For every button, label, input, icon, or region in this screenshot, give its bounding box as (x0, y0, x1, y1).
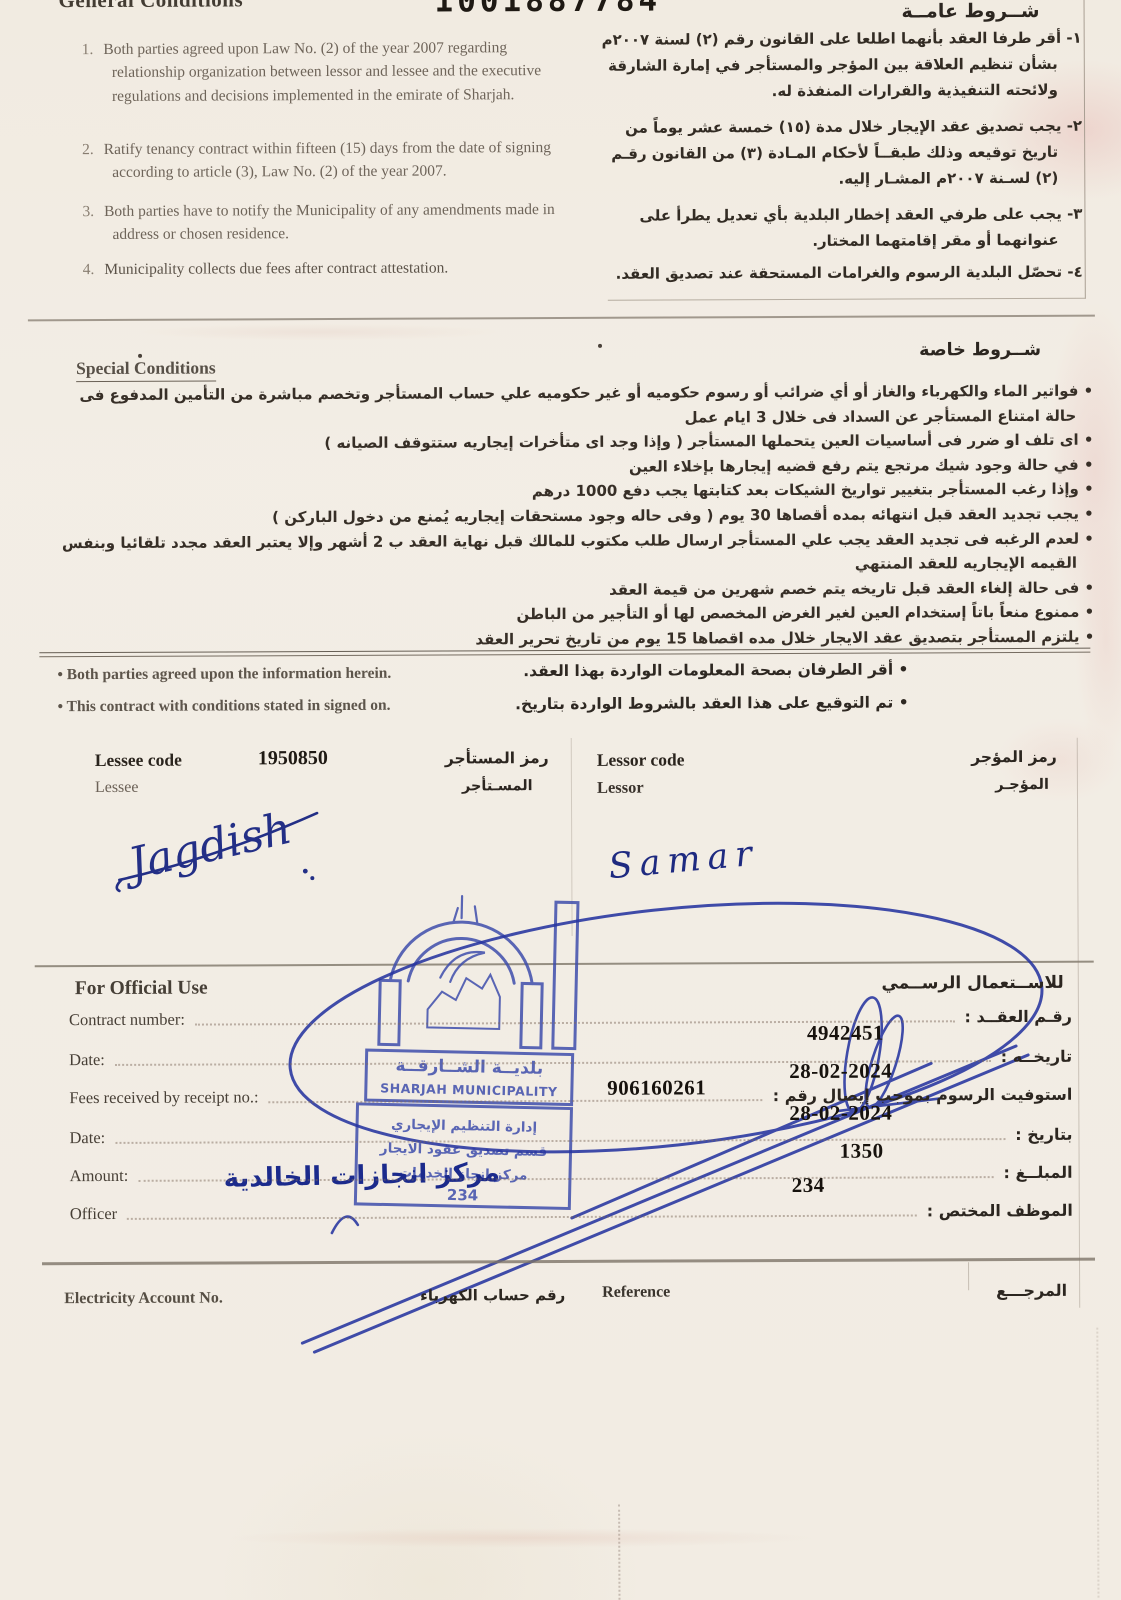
row-label-en: Date: (69, 1128, 105, 1148)
receipt-date-value: 28-02-2024 (789, 1101, 892, 1126)
item-text: Both parties agreed upon Law No. (2) of … (103, 39, 541, 104)
ack-en-1: • Both parties agreed upon the informati… (57, 665, 391, 684)
dotted-leader (127, 1214, 917, 1219)
ack-en-2: • This contract with conditions stated i… (58, 697, 391, 716)
special-condition-item: • لعدم الرغبه فى تجديد العقد يجب علي الم… (47, 526, 1094, 580)
item-number: 3. (82, 203, 94, 220)
item-text: Ratify tenancy contract within fifteen (… (104, 139, 551, 181)
general-conditions-title-ar: شــروط عامــة (901, 0, 1039, 23)
special-conditions-list: • فواتير الماء والكهرباء والغاز أو أي ضر… (46, 379, 1094, 654)
official-use-title-en: For Official Use (75, 978, 208, 1001)
lessor-code-label-en: Lessor code (597, 749, 685, 770)
row-label-ar: الموظف المختص : (927, 1201, 1073, 1221)
contract-date-value: 28-02-2024 (789, 1059, 892, 1084)
lessee-code-label-ar: رمز المستأجر (445, 749, 549, 767)
reference-label-ar: المرجـــع (996, 1281, 1067, 1300)
ack-ar-1: • أقر الطرفان بصحة المعلومات الواردة بهذ… (523, 660, 908, 680)
general-condition-en-1: 1.Both parties agreed upon Law No. (2) o… (82, 36, 564, 108)
special-conditions-title-ar: شــروط خاصة (919, 340, 1041, 361)
section-divider (28, 315, 1095, 321)
amount-value: 1350 (839, 1139, 883, 1164)
lessor-label-en: Lessor (597, 778, 644, 798)
scanned-tenancy-contract: { "document": { "serial_number": "100188… (0, 0, 1121, 1600)
item-text: Both parties have to notify the Municipa… (104, 201, 555, 243)
contract-sheet: General Conditions 1001887784 شــروط عام… (0, 0, 1121, 1600)
item-number: 1. (82, 41, 94, 58)
contract-number-value: 4942451 (807, 1021, 884, 1046)
contract-serial-number: 1001887784 (434, 0, 661, 20)
footer-tick-line (968, 1262, 969, 1290)
amount-secondary-value: 234 (792, 1173, 825, 1198)
lessee-code-label-en: Lessee code (95, 750, 182, 771)
general-conditions-title-en: General Conditions (58, 0, 243, 13)
lessee-label-ar: المسـتأجر (462, 778, 533, 794)
pen-scribble (240, 858, 1121, 1382)
lessor-label-ar: المؤجـر (995, 777, 1049, 793)
receipt-number-value: 906160261 (607, 1075, 706, 1100)
reference-label-en: Reference (602, 1284, 670, 1302)
row-label-en: Amount: (70, 1166, 129, 1186)
item-number: 2. (82, 141, 94, 158)
lessee-code-value: 1950850 (258, 747, 328, 770)
general-condition-ar-2: ٢- يجب تصديق عقد الإيجار خلال مدة (١٥) خ… (584, 114, 1082, 194)
special-condition-item: • فواتير الماء والكهرباء والغاز أو أي ضر… (46, 379, 1093, 433)
lessor-code-label-ar: رمز المؤجر (971, 748, 1057, 766)
row-label-en: Contract number: (69, 1010, 185, 1031)
row-label-en: Fees received by receipt no.: (69, 1087, 258, 1108)
ink-speck (598, 344, 602, 348)
special-conditions-title-en: Special Conditions (76, 358, 216, 383)
general-condition-en-2: 2.Ratify tenancy contract within fifteen… (82, 136, 564, 185)
general-condition-ar-1: ١- أقر طرفا العقد بأنهما اطلعا على القان… (584, 26, 1082, 106)
right-box-bottom-border (608, 298, 1086, 301)
general-condition-ar-3: ٣- يجب على طرفي العقد إخطار البلدية بأي … (584, 202, 1082, 256)
general-condition-en-4: 4.Municipality collects due fees after c… (83, 256, 565, 281)
scan-artifact-line (618, 1505, 620, 1600)
ack-ar-2: • تم التوقيع على هذا العقد بالشروط الوار… (515, 693, 909, 713)
electricity-account-label-en: Electricity Account No. (64, 1289, 223, 1308)
row-label-ar: رقـم العقــد : (964, 1007, 1072, 1026)
item-number: 4. (83, 261, 95, 278)
row-label-en: Officer (70, 1204, 117, 1224)
row-label-ar: المبلــغ : (1003, 1163, 1072, 1182)
right-box-border (1084, 0, 1086, 299)
dotted-leader (138, 1176, 993, 1182)
row-label-ar: بتاريخ : (1015, 1125, 1072, 1144)
general-condition-ar-4: ٤- تحصّل البلدية الرسوم والغرامات المستح… (585, 260, 1083, 288)
official-use-title-ar: للاســتعمال الرســمي (881, 973, 1063, 994)
row-label-en: Date: (69, 1050, 105, 1070)
general-condition-en-3: 3.Both parties have to notify the Munici… (82, 198, 564, 247)
item-text: Municipality collects due fees after con… (104, 259, 448, 278)
electricity-account-label-ar: رقم حساب الكهرباء (420, 1286, 565, 1305)
row-label-ar: تاريخــه : (1001, 1047, 1072, 1066)
